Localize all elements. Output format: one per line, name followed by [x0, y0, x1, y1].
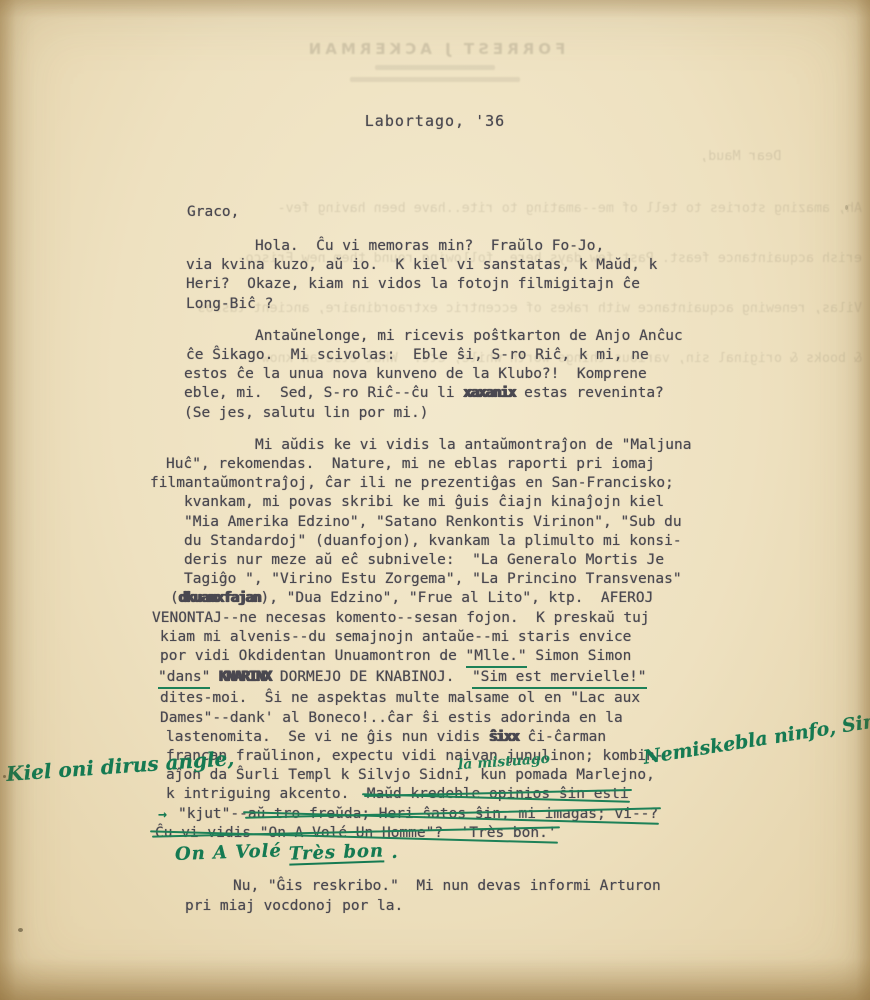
paragraph: Mi aŭdis ke vi vidis la antaŭmontraĵon d…: [150, 436, 736, 864]
typed-text: Heri? Okaze, kiam ni vidos la fotojn fil…: [186, 276, 640, 292]
typed-text: kvankam, mi povas skribi ke mi ĝuis ĉiaj…: [184, 494, 664, 510]
typed-text: Dames"--dank' al Boneco!..ĉar ŝi estis a…: [160, 710, 623, 726]
typed-text: Hola. Ĉu vi memoras min? Fraŭlo Fo-Jo,: [255, 238, 604, 254]
typed-text: via kvina kuzo, aŭ io. K kiel vi sanstat…: [186, 257, 657, 273]
typed-line: Mi aŭdis ke vi vidis la antaŭmontraĵon d…: [255, 436, 736, 455]
typed-text: eble, mi. Sed, S-ro Riĉ--ĉu li: [184, 385, 463, 401]
green-handwriting: .: [384, 843, 399, 863]
typed-text: por vidi Okdidentan Unuamontron de: [160, 648, 466, 664]
green-struck-text: Maŭd kredeble opinios ŝin esti: [367, 785, 629, 804]
letter-date: Labortago, '36: [0, 112, 870, 130]
bleedthrough-letterhead-line: [350, 77, 520, 82]
typed-line: Huĉ", rekomendas. Nature, mi ne eblas ra…: [166, 455, 736, 474]
typed-text: Mi aŭdis ke vi vidis la antaŭmontraĵon d…: [255, 437, 692, 453]
typed-line: deris nur meze aŭ eĉ subnivele: "La Gene…: [184, 551, 736, 570]
typed-text: kiam mi alvenis--du semajnojn antaŭe--mi…: [160, 629, 631, 645]
letter-body: Hola. Ĉu vi memoras min? Fraŭlo Fo-Jo,vi…: [150, 237, 736, 929]
typed-line: ĉe Ŝikago. Mi scivolas: Eble ŝi, S-ro Ri…: [186, 346, 736, 365]
typed-line: eble, mi. Sed, S-ro Riĉ--ĉu li xaxanix e…: [184, 384, 736, 403]
bleedthrough-letterhead-line: [375, 65, 495, 70]
typed-text: Antaŭnelonge, mi ricevis poŝtkarton de A…: [255, 328, 683, 344]
bleedthrough-dear: Dear Maud,: [700, 148, 781, 164]
typed-text: Simon Simon: [527, 648, 632, 664]
typed-line: kiam mi alvenis--du semajnojn antaŭe--mi…: [160, 628, 736, 647]
typed-text: francan fraŭlinon, expectu vidi naivan j…: [166, 748, 664, 764]
typed-text: (Se jes, salutu lin por mi.): [184, 405, 428, 421]
green-underlined-text: "Mlle.": [466, 647, 527, 668]
typed-text: aĵon da Ŝurli Templ k Silvjo Sidni, kun …: [166, 767, 655, 783]
paragraph: Antaŭnelonge, mi ricevis poŝtkarton de A…: [150, 327, 736, 423]
typed-line: du Standardoj" (duanfojon), kvankam la p…: [184, 532, 736, 551]
typed-line: estos ĉe la unua nova kunveno de la Klub…: [184, 365, 736, 384]
green-handwriting: On A Volé: [175, 841, 290, 864]
typed-text: ĉi-ĉarman: [519, 729, 606, 745]
typed-text: deris nur meze aŭ eĉ subnivele: "La Gene…: [184, 552, 664, 568]
typed-line: filmantaŭmontraĵoj, ĉar ili ne prezentiĝ…: [150, 474, 736, 493]
scanned-letter-page: { "colors": { "paper": "#eee1c0", "typew…: [0, 0, 870, 1000]
typed-line: Heri? Okaze, kiam ni vidos la fotojn fil…: [186, 275, 736, 294]
typed-line: Long-Biĉ ?: [186, 295, 736, 314]
typed-text: pri miaj vocdonoj por la.: [185, 898, 403, 914]
typed-line: Hola. Ĉu vi memoras min? Fraŭlo Fo-Jo,: [255, 237, 736, 256]
paper-speck: [18, 928, 23, 932]
typed-line: "dans" KNARINX DORMEJO DE KNABINOJ. "Sim…: [158, 668, 736, 689]
typed-line: Dames"--dank' al Boneco!..ĉar ŝi estis a…: [160, 709, 736, 728]
typed-line: kvankam, mi povas skribi ke mi ĝuis ĉiaj…: [184, 493, 736, 512]
green-underlined-text: "Sim est mervielle!": [472, 668, 647, 689]
overtyped-word: ŝixx: [489, 729, 519, 745]
typed-text: du Standardoj" (duanfojon), kvankam la p…: [184, 533, 682, 549]
paper-speck: [845, 205, 848, 210]
typed-line: Tagiĝo ", "Virino Estu Zorgema", "La Pri…: [184, 570, 736, 589]
typed-line: Nu, "Ĝis reskribo." Mi nun devas informi…: [233, 877, 736, 896]
typed-text: "kjut"--: [178, 806, 248, 822]
typed-text: Nu, "Ĝis reskribo." Mi nun devas informi…: [233, 878, 661, 894]
bleedthrough-letterhead: FORREST J ACKERMAN: [0, 40, 870, 82]
typed-line: via kvina kuzo, aŭ io. K kiel vi sanstat…: [186, 256, 736, 275]
typed-text: [210, 669, 219, 685]
typed-line: pri miaj vocdonoj por la.: [185, 897, 736, 916]
typed-text: (: [170, 590, 179, 606]
typed-line: On A Volé Très bon .: [175, 843, 736, 864]
overtyped-word: xaxanix: [463, 385, 515, 401]
typed-text: Huĉ", rekomendas. Nature, mi ne eblas ra…: [166, 456, 655, 472]
bleedthrough-letterhead-name: FORREST J ACKERMAN: [0, 40, 870, 58]
green-underlined-text: "dans": [158, 668, 210, 689]
paper-speck: [3, 775, 6, 778]
green-arrow-icon: →: [158, 805, 167, 824]
typed-line: VENONTAJ--ne necesas komento--sesan fojo…: [152, 609, 736, 628]
typed-line: →"kjut"--aŭ tro freŭda; Heri ŝatos ŝin, …: [178, 805, 736, 824]
typed-text: estos ĉe la unua nova kunveno de la Klub…: [184, 366, 647, 382]
typed-text: ĉe Ŝikago. Mi scivolas: Eble ŝi, S-ro Ri…: [186, 347, 649, 363]
typed-line: dites-moi. Ŝi ne aspektas multe malsame …: [160, 689, 736, 708]
typed-line: k intriguing akcento. Maŭd kredeble opin…: [166, 785, 736, 804]
typed-line: (Se jes, salutu lin por mi.): [184, 404, 736, 423]
typed-line: por vidi Okdidentan Unuamontron de "Mlle…: [160, 647, 736, 668]
typed-line: "Mia Amerika Edzino", "Satano Renkontis …: [184, 513, 736, 532]
typed-text: VENONTAJ--ne necesas komento--sesan fojo…: [152, 610, 650, 626]
letter-salutation: Graco,: [187, 204, 239, 220]
typed-text: k intriguing akcento.: [166, 786, 367, 802]
typed-text: lastenomita. Se vi ne ĝis nun vidis: [166, 729, 489, 745]
overtyped-word: dkuamxfajan: [179, 590, 261, 606]
overtyped-word: KNARINX: [219, 669, 271, 685]
typed-text: filmantaŭmontraĵoj, ĉar ili ne prezentiĝ…: [150, 475, 674, 491]
typed-text: dites-moi. Ŝi ne aspektas multe malsame …: [160, 690, 640, 706]
typed-line: aĵon da Ŝurli Templ k Silvjo Sidni, kun …: [166, 766, 736, 785]
typed-text: Tagiĝo ", "Virino Estu Zorgema", "La Pri…: [184, 571, 682, 587]
paragraph: Hola. Ĉu vi memoras min? Fraŭlo Fo-Jo,vi…: [150, 237, 736, 314]
typed-line: Antaŭnelonge, mi ricevis poŝtkarton de A…: [255, 327, 736, 346]
typed-line: Ĉu vi vidis "On A Volé Un Homme"? 'Très …: [155, 824, 736, 843]
typed-text: ), "Dua Edzino", "Frue al Lito", ktp. AF…: [260, 590, 653, 606]
typed-text: estas reveninta?: [515, 385, 663, 401]
green-handwriting-underlined: Très bon: [289, 841, 385, 866]
paragraph: Nu, "Ĝis reskribo." Mi nun devas informi…: [150, 877, 736, 915]
typed-text: Long-Biĉ ?: [186, 296, 273, 312]
green-struck-text: aŭ tro freŭda; Heri ŝatos ŝin, mi imagas…: [248, 805, 658, 824]
typed-line: (dkuamxfajan), "Dua Edzino", "Frue al Li…: [170, 589, 736, 608]
typed-line: lastenomita. Se vi ne ĝis nun vidis ŝixx…: [166, 728, 736, 747]
green-struck-text: Ĉu vi vidis "On A Volé Un Homme"? 'Très …: [155, 824, 557, 843]
typed-text: DORMEJO DE KNABINOJ.: [271, 669, 472, 685]
typed-text: "Mia Amerika Edzino", "Satano Renkontis …: [184, 514, 682, 530]
